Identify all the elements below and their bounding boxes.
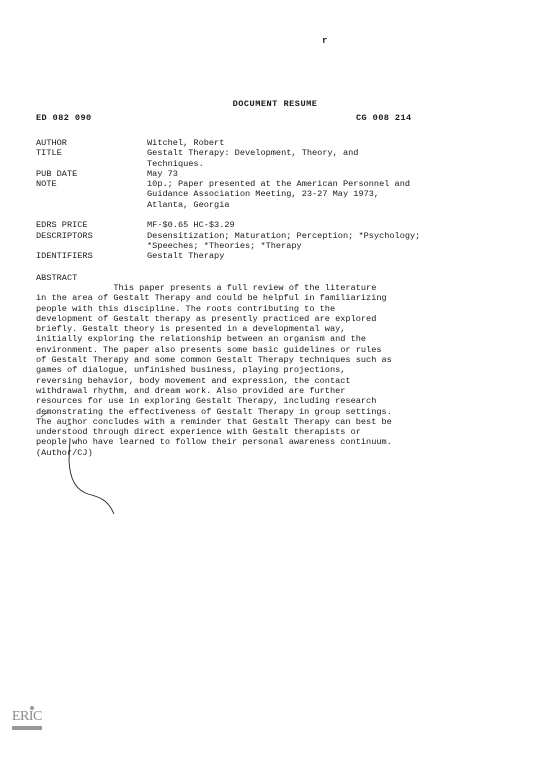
- abstract-line: This paper presents a full review of the…: [36, 283, 546, 293]
- abstract-line: initially exploring the relationship bet…: [36, 334, 546, 344]
- field-value-line: Guidance Association Meeting, 23-27 May …: [147, 189, 536, 199]
- field-label: DESCRIPTORS: [36, 231, 147, 252]
- field-descriptors: DESCRIPTORS Desensitization; Maturation;…: [36, 231, 536, 252]
- field-value-line: Atlanta, Georgia: [147, 200, 536, 210]
- field-value-line: *Speeches; *Theories; *Therapy: [147, 241, 536, 251]
- abstract-line: understood through direct experience wit…: [36, 427, 546, 437]
- field-label: PUB DATE: [36, 169, 147, 179]
- abstract-line: people with this discipline. The roots c…: [36, 304, 546, 314]
- abstract-line: games of dialogue, unfinished business, …: [36, 365, 546, 375]
- field-title: TITLE Gestalt Therapy: Development, Theo…: [36, 148, 536, 169]
- field-edrs-price: EDRS PRICE MF-$0.65 HC-$3.29: [36, 220, 536, 230]
- cg-clearinghouse-number: CG 008 214: [356, 113, 412, 123]
- eric-logo-bar: [12, 726, 42, 730]
- field-value-line: Techniques.: [147, 159, 536, 169]
- field-value-line: Gestalt Therapy: Development, Theory, an…: [147, 148, 536, 158]
- abstract-line: resources for use in exploring Gestalt T…: [36, 396, 546, 406]
- field-value-line: Witchel, Robert: [147, 138, 536, 148]
- abstract-line: The author concludes with a reminder tha…: [36, 417, 546, 427]
- abstract-line: briefly. Gestalt theory is presented in …: [36, 324, 546, 334]
- stray-mark: r: [322, 36, 327, 46]
- field-value: Desensitization; Maturation; Perception;…: [147, 231, 536, 252]
- abstract-line: development of Gestalt therapy as presen…: [36, 314, 546, 324]
- abstract-line: in the area of Gestalt Therapy and could…: [36, 293, 546, 303]
- document-page: r DOCUMENT RESUME ED 082 090 CG 008 214 …: [0, 0, 550, 777]
- abstract-line: withdrawal rhythm, and dream work. Also …: [36, 386, 546, 396]
- field-author: AUTHOR Witchel, Robert: [36, 138, 536, 148]
- field-label: TITLE: [36, 148, 147, 169]
- field-label: NOTE: [36, 179, 147, 210]
- field-label: EDRS PRICE: [36, 220, 147, 230]
- abstract-body: This paper presents a full review of the…: [36, 283, 546, 458]
- field-value: 10p.; Paper presented at the American Pe…: [147, 179, 536, 210]
- spacer: [36, 210, 536, 220]
- field-value-line: Desensitization; Maturation; Perception;…: [147, 231, 536, 241]
- field-value: MF-$0.65 HC-$3.29: [147, 220, 536, 230]
- abstract-line: reversing behavior, body movement and ex…: [36, 376, 546, 386]
- field-value: Gestalt Therapy: [147, 251, 536, 261]
- field-pub-date: PUB DATE May 73: [36, 169, 536, 179]
- ed-accession-number: ED 082 090: [36, 113, 92, 123]
- field-value-line: MF-$0.65 HC-$3.29: [147, 220, 536, 230]
- field-value-line: Gestalt Therapy: [147, 251, 536, 261]
- field-value: Witchel, Robert: [147, 138, 536, 148]
- abstract-line: (Author/CJ): [36, 448, 546, 458]
- field-value: Gestalt Therapy: Development, Theory, an…: [147, 148, 536, 169]
- eric-logo: ERIC: [10, 706, 44, 734]
- eric-logo-text: ERIC: [12, 710, 42, 724]
- field-note: NOTE 10p.; Paper presented at the Americ…: [36, 179, 536, 210]
- abstract-line: people who have learned to follow their …: [36, 437, 546, 447]
- abstract-heading: ABSTRACT: [36, 273, 77, 283]
- field-value: May 73: [147, 169, 536, 179]
- field-label: IDENTIFIERS: [36, 251, 147, 261]
- field-value-line: 10p.; Paper presented at the American Pe…: [147, 179, 536, 189]
- field-identifiers: IDENTIFIERS Gestalt Therapy: [36, 251, 536, 261]
- abstract-line: environment. The paper also presents som…: [36, 345, 546, 355]
- abstract-line: of Gestalt Therapy and some common Gesta…: [36, 355, 546, 365]
- field-value-line: May 73: [147, 169, 536, 179]
- document-title: DOCUMENT RESUME: [0, 99, 550, 109]
- abstract-line: demonstrating the effectiveness of Gesta…: [36, 407, 546, 417]
- field-label: AUTHOR: [36, 138, 147, 148]
- bibliographic-fields: AUTHOR Witchel, Robert TITLE Gestalt The…: [36, 138, 536, 262]
